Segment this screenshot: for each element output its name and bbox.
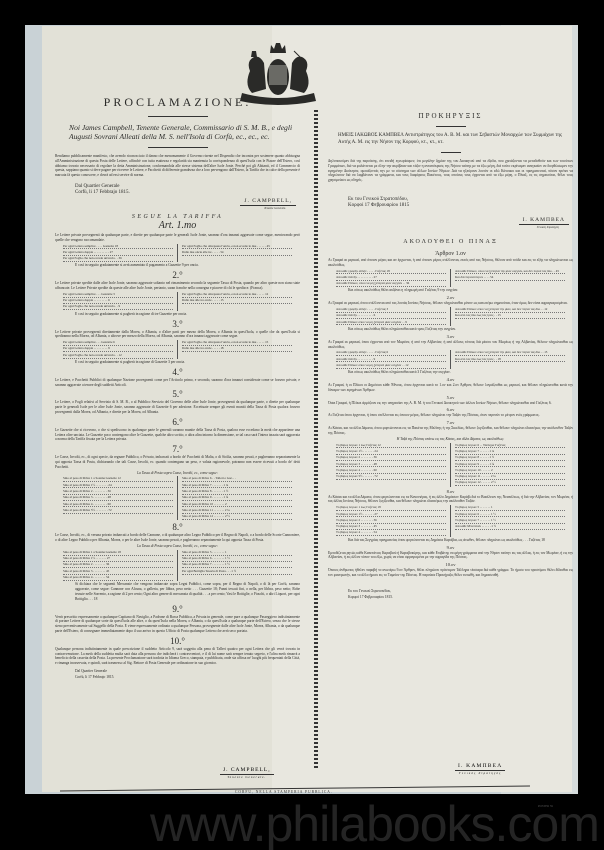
tariff-row: Per ogni Lettera semplice . . . Gazzette… — [63, 292, 173, 298]
tariff-row: Διά κάθε Πλίκον όπου να ξεπερνά την μίαν… — [455, 350, 565, 356]
tariff-column: Διά κάθε Πλίκον, όπου να ξεπερνά την μία… — [450, 269, 569, 288]
tariff-row: Sino al peso di libbre 3 . . . . . . . .… — [63, 495, 173, 501]
greek-closing-signature-title: Γενικός Στρατηγός — [455, 771, 505, 775]
tariff-row: Τὸ βάρος λιτρών 11 . . . . . . 2 ¼ — [455, 474, 565, 480]
tariff-row: Τὸ βάρος λιτρών 3 . . . . . . . . 45 — [336, 524, 446, 530]
article-footnote: Και ούτως ακολούθως θέλει αυξάνει η πληρ… — [328, 288, 573, 293]
tariff-column: Διά κάθε γραφήν απλήν . . . . . Γαζέτας … — [332, 307, 450, 326]
tariff-row: Τὸ βάρος λιτρών 1½ . . . . . . . 24 — [336, 449, 446, 455]
article-footnote: E così in seguito gradatamente si pagher… — [55, 360, 300, 365]
article-number: 6.° — [55, 417, 300, 427]
tariff-table: Τὸ βάρος λιτρών 1 έως Γαζέτας 12Τὸ βάρος… — [332, 443, 569, 487]
italian-signature-text: J. CAMPBELL, — [240, 198, 296, 206]
article-number: 8.° — [55, 522, 300, 532]
tariff-row: Sino al peso di libbre 4 . . . . . . . .… — [63, 575, 173, 581]
italian-intro: Noi James Campbell, Tenente Generale, Co… — [55, 123, 300, 141]
article-text: Le Lettere, o Fogli relativi al Servizio… — [55, 400, 300, 414]
tariff-row: Τὸ βάρος λιτρών 1½ . . . . . . . 27 — [336, 512, 446, 518]
tariff-row: Διά κάθε γραφήν απλήν . . . . . Γαζέτας … — [336, 269, 446, 275]
closing-dateline-2: Κορφοί 17 Φεβρουαρίου 1815. — [348, 594, 573, 600]
tariff-row: Sino al peso di libbre 6 . . . . . . . .… — [182, 556, 292, 562]
article-extra: Και διά τας Σεγγρίας πραγματείας όπου φο… — [328, 538, 573, 543]
tariff-column: Τὸ βάρος λιτρών 1 έως Γαζέτας 18Τὸ βάρος… — [332, 505, 450, 536]
tariff-row: Per ogni Foglio che non eccede un'oncia … — [63, 304, 173, 310]
tariff-row: Διά κάθε Μποτίλιαν . . . . . . 1 ½ — [455, 524, 565, 530]
greek-intro-rule — [441, 152, 461, 153]
tariff-row: Sino al peso di libbre 5½ . . . . . . . … — [63, 508, 173, 514]
column-divider-ornament — [314, 110, 318, 770]
tariff-row: Sino al peso di libbre 6 . . Talleri e G… — [182, 476, 292, 482]
article-footnote: Και ούτως ακολούθως θέλει πληρώνεσθαι κα… — [328, 327, 573, 332]
italian-signature: J. CAMPBELL, — [55, 198, 296, 204]
italian-title: PROCLAMAZIONE. — [55, 95, 300, 110]
tariff-subheading: La Tassa di Posta sopra Casse, Involti, … — [55, 471, 300, 476]
italian-body: Rendiamo pubblicamente manifesto, che av… — [55, 154, 300, 178]
tariff-column: Τὸ βάρος λιτρών 5 . . . . . . . 1Τὸ βάρο… — [450, 505, 569, 536]
tariff-row: Τὸ βάρος λιτρών 5 . . . . . . . 1 — [455, 505, 565, 511]
tariff-column: Per ogni Foglio che oltrepassa l'oncia, … — [177, 244, 296, 263]
tariff-column: Τὸ βάρος λιτρών 1 έως Γαζέτας 12Τὸ βάρος… — [332, 443, 450, 487]
article-number: 10.° — [55, 636, 300, 646]
greek-column: ΠΡΟΚΗΡΥΞΙΣ ΗΜΕΙΣ ΙΑΚΩΒΟΣ ΚΑΜΠΒΕΛ Αντιστρ… — [328, 108, 573, 600]
tariff-row: Διά κάθε διπλήν . . . . . . . . . . 6 — [336, 313, 446, 319]
italian-signature-title: Tenente Generale. — [55, 206, 286, 210]
tariff-row: Διά κάθε γραφήν απλήν . . . . . Γαζέτας … — [336, 350, 446, 356]
tariff-row: Per ogni Lettera semplice . . . . Gazzet… — [63, 244, 173, 250]
article-text: Αι Γραφαί αι μερικαί, από όποιον μέρος κ… — [328, 258, 573, 268]
tariff-row: Per ogni Foglio che oltrepassa l'oncia, … — [182, 292, 292, 298]
tariff-row: Τὸ βάρος λιτρών 8 . . . . . . 1 ½ — [455, 455, 565, 461]
tariff-row: Τὸ βάρος λιτρών 1 έως Γαζέτας 18 — [336, 505, 446, 511]
article-number: 5.ον — [328, 395, 573, 400]
tariff-row: Τὸ βάρος λιτρών 6 . . . . . . . 1 ½ — [455, 512, 565, 518]
tariff-row: Per ogni Bottiglia Tesoria di Posta . . … — [182, 569, 292, 575]
greek-articles: Άρθρον 1.ονΑι Γραφαί αι μερικαί, από όπο… — [328, 251, 573, 600]
article-text: Le Lettere, e Pacchetti Pubblici di qual… — [55, 378, 300, 388]
italian-dateline-2: Corfù, li 17 Febbrajo 1815. — [75, 190, 300, 196]
article-number: 10.ον — [328, 562, 573, 567]
greek-intro: ΗΜΕΙΣ ΙΑΚΩΒΟΣ ΚΑΜΠΒΕΛ Αντιστράτηγος του … — [328, 133, 573, 146]
tariff-row: Sino al peso di libbre 4 . . . . . . . .… — [63, 502, 173, 508]
tariff-row: Per ogni Foglio che oltrepassa l'oncia, … — [182, 244, 292, 250]
article-text: Le Lettere private provegnenti direttame… — [55, 330, 300, 340]
tariff-row: Sino al peso di libbre 5 . . . . . . . .… — [182, 550, 292, 556]
tariff-row: Sino al peso di libbre 7 . . . . . . . 1… — [182, 483, 292, 489]
tariff-row: Διά κάθε διπλήν . . . . . . . . . . 27 — [336, 275, 446, 281]
greek-body: Δηλοποιούμεν διά της παρούσης, ότι επειδ… — [328, 159, 573, 183]
tariff-row: Τὸ βάρος λιτρών 4 . . . . . . . . 60 — [336, 468, 446, 474]
article-number: 5.° — [55, 389, 300, 399]
tariff-table: Per ogni Lettera semplice . . . . Gazzet… — [59, 244, 296, 263]
greek-title-rule — [436, 126, 466, 127]
article-number: 8.ον — [328, 489, 573, 494]
tariff-row: Sino al peso di libbre 2 . . . . . . . .… — [63, 489, 173, 495]
article-text: Όποιος άνθρωπος ήθελεν παραβή το ανωτέρω… — [328, 568, 573, 578]
tariff-row: Τὸ βάρος λιτρών 5½ . . . . . . . 72 — [336, 474, 446, 480]
tariff-row: Sino al peso di libbre 11 . . . . . . . … — [182, 508, 292, 514]
article-number: 9.ον — [328, 545, 573, 550]
tariff-row: Τὸ βάρος λιτρών 3 . . . . . . . . 48 — [336, 462, 446, 468]
tariff-row: Τὸ βάρος λιτρών 2 . . . . . . . . 36 — [336, 518, 446, 524]
tariff-column: Sino al peso di libbre 5 . . . . . . . .… — [177, 550, 296, 581]
greek-table-heading: ΑΚΟΛΟΥΘΕΙ Ο ΠΙΝΑΞ — [328, 239, 573, 245]
article-number: 4.° — [55, 367, 300, 377]
tariff-row: Διά κάθε Πλίκον, όπου να ξεπερνά την μία… — [455, 269, 565, 275]
tariff-column: Διά κάθε γραφήν απλήν . . . . . Γαζέτας … — [332, 350, 450, 369]
article-number: 6.ον — [328, 407, 573, 412]
article-number: 7.ον — [328, 420, 573, 425]
tariff-row: Τὸ βάρος λιτρών 9 . . . . . . 1 ¾ — [455, 462, 565, 468]
article-text: Αι Γραφαί, ή οι Πλίκοι οι Δημόσιοι κάθε … — [328, 383, 573, 393]
printer-imprint: CORFU, NELLA STAMPERIA PUBBLICA. — [235, 790, 333, 794]
greek-signature: Ι. ΚΑΜΠΒΕΛ — [328, 217, 569, 223]
tariff-row: Per ogni Lettera semplice . . . Gazzette… — [63, 340, 173, 346]
tariff-row: Τὸ βάρος λιτρών 7 . . . . . . 1 ¼ — [455, 449, 565, 455]
greek-signature-text: Ι. ΚΑΜΠΒΕΛ — [519, 217, 569, 225]
greek-title: ΠΡΟΚΗΡΥΞΙΣ — [328, 112, 573, 120]
article-text: Αι Κάσαι και τα άλλα Δέματα, όπου φορτών… — [328, 495, 573, 505]
greek-closing-signature: Ι. ΚΑΜΠΒΕΛΓενικός Στρατηγός — [455, 763, 505, 775]
tariff-row: Τὸ βάρος λιτρών 1 έως Γαζέτας 12 — [336, 443, 446, 449]
italian-column: PROCLAMAZIONE. Noi James Campbell, Tenen… — [55, 95, 300, 680]
tariff-column: Sino al peso di libbre 1 a Soanna Gazzet… — [59, 550, 177, 581]
tariff-column: Διά κάθε Πλίκον όπου να ξεπερνά την μίαν… — [450, 307, 569, 326]
tariff-column: Τὸ βάρος λιτρών 6 . . Τάλληρα ΓαζέταςΤὸ … — [450, 443, 569, 487]
tariff-row: Τὸ βάρος λιτρών 7 . . . . . . . 1 ½ — [455, 518, 565, 524]
tariff-row: Sino al peso di libbre 1½ . . . . . . . … — [63, 556, 173, 562]
tariff-column: Per ogni Foglio che oltrepassa l'oncia, … — [177, 292, 296, 311]
article-text: Le Lettere private spedite dalle altre I… — [55, 281, 300, 291]
tariff-row: Sino al peso di libbre 1½ . . . . . . . … — [63, 483, 173, 489]
tariff-row: Διά κάθε Πλίκον, όπου να μη ξεπερνά μίαν… — [336, 281, 446, 287]
article-text: Αι Γαζέται όπου έρχονται, ή όπου στέλλον… — [328, 413, 573, 418]
tariff-subheading: Η Ταξά της Πόστας επάνω εις τας Κάσας, κ… — [328, 437, 573, 442]
article-text: Αι Γραφαί αι μερικαί, όπου έρχονται από … — [328, 340, 573, 350]
tariff-column: Per ogni Lettera semplice . . . . Gazzet… — [59, 244, 177, 263]
italian-closing-signature-title: Tenente Generale. — [220, 775, 274, 779]
article-text: Όσαι Γραφαί, ή Πλίκοι άρμόζουν εις την υ… — [328, 401, 573, 406]
tariff-row: Τὸ βάρος λιτρών 12 . . . . . . 2 ½ — [455, 480, 565, 486]
intro-rule — [148, 147, 208, 148]
article-number: 2.ον — [328, 295, 573, 300]
article-extra: Si dichiara che le seguenti Mercanzie ch… — [55, 582, 300, 601]
tariff-row: Per ogni Lettera doppia . . . . . . . . … — [63, 250, 173, 256]
article-number: 3.° — [55, 319, 300, 329]
tariff-row: Τὸ βάρος λιτρών 6 . . Τάλληρα Γαζέτας — [455, 443, 565, 449]
tariff-row: Διά κάθε γραφήν απλήν . . . . . Γαζέτας … — [336, 307, 446, 313]
tariff-column: Sino al peso di libbre 1 a Soanna Gazzet… — [59, 476, 177, 520]
tariff-row: Sino al peso di libbre 10 . . . . . . . … — [182, 502, 292, 508]
tariff-table: Διά κάθε γραφήν απλήν . . . . . Γαζέτας … — [332, 307, 569, 326]
tariff-row: Dalle due oncie alle tre . . . . . 54 — [182, 250, 292, 256]
tariff-row: Sino al peso di libbre 3 . . . . . . . .… — [63, 569, 173, 575]
article-number: Άρθρον 1.ον — [328, 251, 573, 257]
article-text: Αι Γραφαί αι μερικαί, όπου στέλλονται απ… — [328, 301, 573, 306]
tariff-row: Sino al peso di libbre 1 a Soanna Gazzet… — [63, 476, 173, 482]
article-number: 9.° — [55, 604, 300, 614]
tariff-column: Διά κάθε Πλίκον όπου να ξεπερνά την μίαν… — [450, 350, 569, 369]
tariff-row: Διά κάθε Πλίκον όπου να μη ξεπερνά μίαν … — [336, 363, 446, 369]
tariff-table: Διά κάθε γραφήν απλήν . . . . . Γαζέτας … — [332, 269, 569, 288]
tariff-row: Dalle due alle tre oncie . . . . . 15 — [182, 298, 292, 304]
tariff-row: Per ogni Foglio che non eccede un'oncia … — [63, 353, 173, 359]
article-number: 2.° — [55, 270, 300, 280]
article-text: Le Gazzette che si ricevono, o che si sp… — [55, 428, 300, 442]
tariff-row: Sino al peso di libbre 12 . . . . . . . … — [182, 514, 292, 520]
article-number: Art. 1.mo — [55, 220, 300, 231]
tariff-row: Διά κάθε Πλίκον όπου να μη ξεπερνά μίαν … — [336, 320, 446, 326]
tariff-row: Sino al peso di libbre 7 . . . . . . . .… — [182, 562, 292, 568]
tariff-row: Dalle due alle tre oncie . . . . . 18 — [182, 346, 292, 352]
article-number: 4.ον — [328, 377, 573, 382]
tariff-row: Τὸ βάρος λιτρών 10 . . . . . . 2 — [455, 468, 565, 474]
article-text: Αι Κάσαι, και τα άλλα Δέματα, όπου φορτώ… — [328, 426, 573, 436]
tariff-row: Sino al peso di libbre 2 . . . . . . . .… — [63, 562, 173, 568]
tariff-column: Διά κάθε γραφήν απλήν . . . . . Γαζέτας … — [332, 269, 450, 288]
tariff-row: Sino al peso di libbre 9 . . . . . . . 1… — [182, 495, 292, 501]
article-text: Le Casse, Involti, ec., di ogni specie, … — [55, 455, 300, 469]
title-rule — [148, 116, 208, 117]
tariff-table: Per ogni Lettera semplice . . . Gazzette… — [59, 340, 296, 359]
italian-closing-signature-text: J. CAMPBELL, — [220, 767, 274, 775]
tariff-row: Διά κάθε Πλίκον όπου να ξεπερνά την μίαν… — [455, 307, 565, 313]
italian-articles: Art. 1.moLe Lettere private provegnenti … — [55, 220, 300, 680]
tariff-row: Per ogni Lettera doppia . . . . . . . . … — [63, 346, 173, 352]
tariff-table: Τὸ βάρος λιτρών 1 έως Γαζέτας 18Τὸ βάρος… — [332, 505, 569, 536]
article-text: Verrà prescritto espressamente a qualunq… — [55, 615, 300, 634]
tariff-row: Διά κάθε διπλήν . . . . . . . . . . 9 — [336, 357, 446, 363]
greek-signature-title: Γενικός Στρατηγός — [328, 225, 559, 229]
tariff-row: Per ogni Lettera doppia . . . . . . . . … — [63, 298, 173, 304]
tariff-row: Τὸ βάρος λιτρών 2 . . . . . . . . 36 — [336, 455, 446, 461]
tariff-row: Και διά περισσότερον . . . . 54 — [455, 275, 565, 281]
article-number: 3.ον — [328, 334, 573, 339]
tariff-table: Διά κάθε γραφήν απλήν . . . . . Γαζέτας … — [332, 350, 569, 369]
article-footnote: Και ούτως ακολούθως θέλει πληρώνεσθαι κα… — [328, 370, 573, 375]
tariff-row: Και από τας δύο έως τας τρεις . . 15 — [455, 313, 565, 319]
tariff-row: Sino al peso di libbre 1 a Soanna Gazzet… — [63, 550, 173, 556]
tariff-table: Sino al peso di libbre 1 a Soanna Gazzet… — [59, 476, 296, 520]
tariff-row: Τὸ βάρος λιτρών 4 . . . . . . . . 54 — [336, 530, 446, 536]
tariff-row: Per ogni Foglio che non eccede un'oncia … — [63, 256, 173, 262]
watermark: www.philabooks.com — [150, 795, 599, 850]
article-text: Qualunque persona indistintamente in qua… — [55, 647, 300, 666]
closing-dateline-2: Corfù, li 17 Febbrajo 1815. — [75, 674, 300, 680]
tariff-table: Sino al peso di libbre 1 a Soanna Gazzet… — [59, 550, 296, 581]
article-footnote: E così in seguito gradatamente si pagher… — [55, 312, 300, 317]
greek-closing-signature-text: Ι. ΚΑΜΠΒΕΛ — [455, 763, 505, 771]
tariff-row: Sino al peso di libbre 8 . . . . . . . 1… — [182, 489, 292, 495]
tariff-row: Per ogni Foglio che oltrepassa l'oncia, … — [182, 340, 292, 346]
article-footnote: E così in seguito gradatamente si avrà a… — [55, 263, 300, 268]
tariff-column: Sino al peso di libbre 6 . . Talleri e G… — [177, 476, 296, 520]
tariff-column: Per ogni Lettera semplice . . . Gazzette… — [59, 340, 177, 359]
article-text: Le Casse, Involti, ec., di veruna privat… — [55, 533, 300, 543]
tariff-subheading: La Tassa di Posta sopra Casse, Involti, … — [55, 544, 300, 549]
tariff-row: Και από τας δύο έως τας τρεις . . 18 — [455, 357, 565, 363]
article-text: Εμποδίζεται ρητώς κάθε Καπετάνιος Καραβι… — [328, 551, 573, 561]
article-text: Le Lettere private provegnenti da qualun… — [55, 233, 300, 243]
greek-dateline-2: Κορφοί 17 Φεβρουαρίου 1815 — [348, 203, 573, 209]
tariff-column: Per ogni Lettera semplice . . . Gazzette… — [59, 292, 177, 311]
tariff-table: Per ogni Lettera semplice . . . Gazzette… — [59, 292, 296, 311]
italian-closing-signature: J. CAMPBELL,Tenente Generale. — [220, 767, 274, 779]
tariff-column: Per ogni Foglio che oltrepassa l'oncia, … — [177, 340, 296, 359]
article-number: 7.° — [55, 444, 300, 454]
